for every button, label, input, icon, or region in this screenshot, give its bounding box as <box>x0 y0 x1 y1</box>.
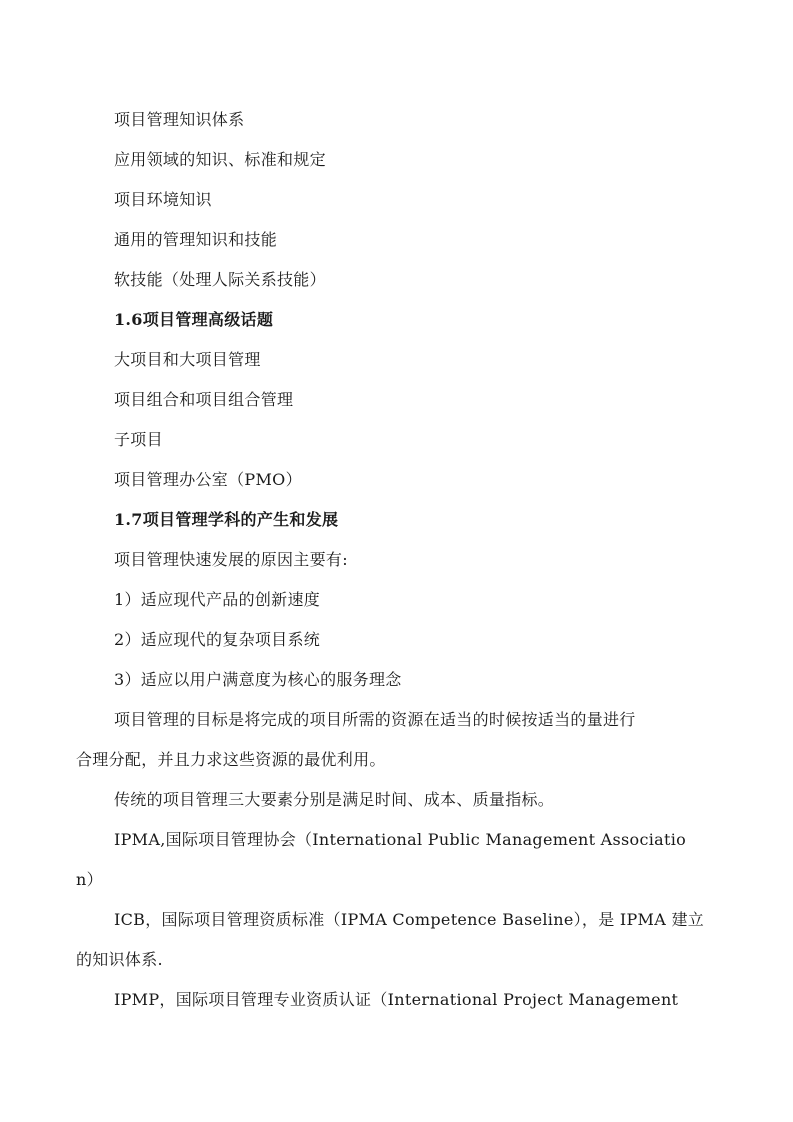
document-page: 项目管理知识体系 应用领域的知识、标准和规定 项目环境知识 通用的管理知识和技能… <box>0 0 793 1122</box>
list-item-portfolio-management: 项目组合和项目组合管理 <box>114 390 293 410</box>
section-heading-1-7: 1.7项目管理学科的产生和发展 <box>114 510 338 530</box>
paragraph-ipmp: IPMP，国际项目管理专业资质认证（International Project … <box>114 990 678 1010</box>
paragraph-pm-goal: 项目管理的目标是将完成的项目所需的资源在适当的时候按适当的量进行 <box>114 710 636 730</box>
list-item-reason-2: 2）适应现代的复杂项目系统 <box>114 630 320 650</box>
paragraph-triple-constraint: 传统的项目管理三大要素分别是满足时间、成本、质量指标。 <box>114 790 554 810</box>
list-item-pmo: 项目管理办公室（PMO） <box>114 470 302 490</box>
list-item-reason-3: 3）适应以用户满意度为核心的服务理念 <box>114 670 402 690</box>
list-item-soft-skills: 软技能（处理人际关系技能） <box>114 270 326 290</box>
list-item-application-area: 应用领域的知识、标准和规定 <box>114 150 326 170</box>
list-item-reason-1: 1）适应现代产品的创新速度 <box>114 590 320 610</box>
paragraph-icb: ICB，国际项目管理资质标准（IPMA Competence Baseline）… <box>114 910 704 930</box>
list-item-general-management: 通用的管理知识和技能 <box>114 230 277 250</box>
section-heading-1-6: 1.6项目管理高级话题 <box>114 310 273 330</box>
paragraph-reasons-intro: 项目管理快速发展的原因主要有: <box>114 550 348 570</box>
list-item-pm-body-of-knowledge: 项目管理知识体系 <box>114 110 244 130</box>
paragraph-ipma-cont: n） <box>76 870 103 890</box>
list-item-subproject: 子项目 <box>114 430 163 450</box>
list-item-program-management: 大项目和大项目管理 <box>114 350 261 370</box>
paragraph-icb-cont: 的知识体系. <box>76 950 163 970</box>
list-item-project-environment: 项目环境知识 <box>114 190 212 210</box>
paragraph-ipma: IPMA,国际项目管理协会（International Public Manag… <box>114 830 686 850</box>
paragraph-pm-goal-cont: 合理分配，并且力求这些资源的最优利用。 <box>76 750 386 770</box>
